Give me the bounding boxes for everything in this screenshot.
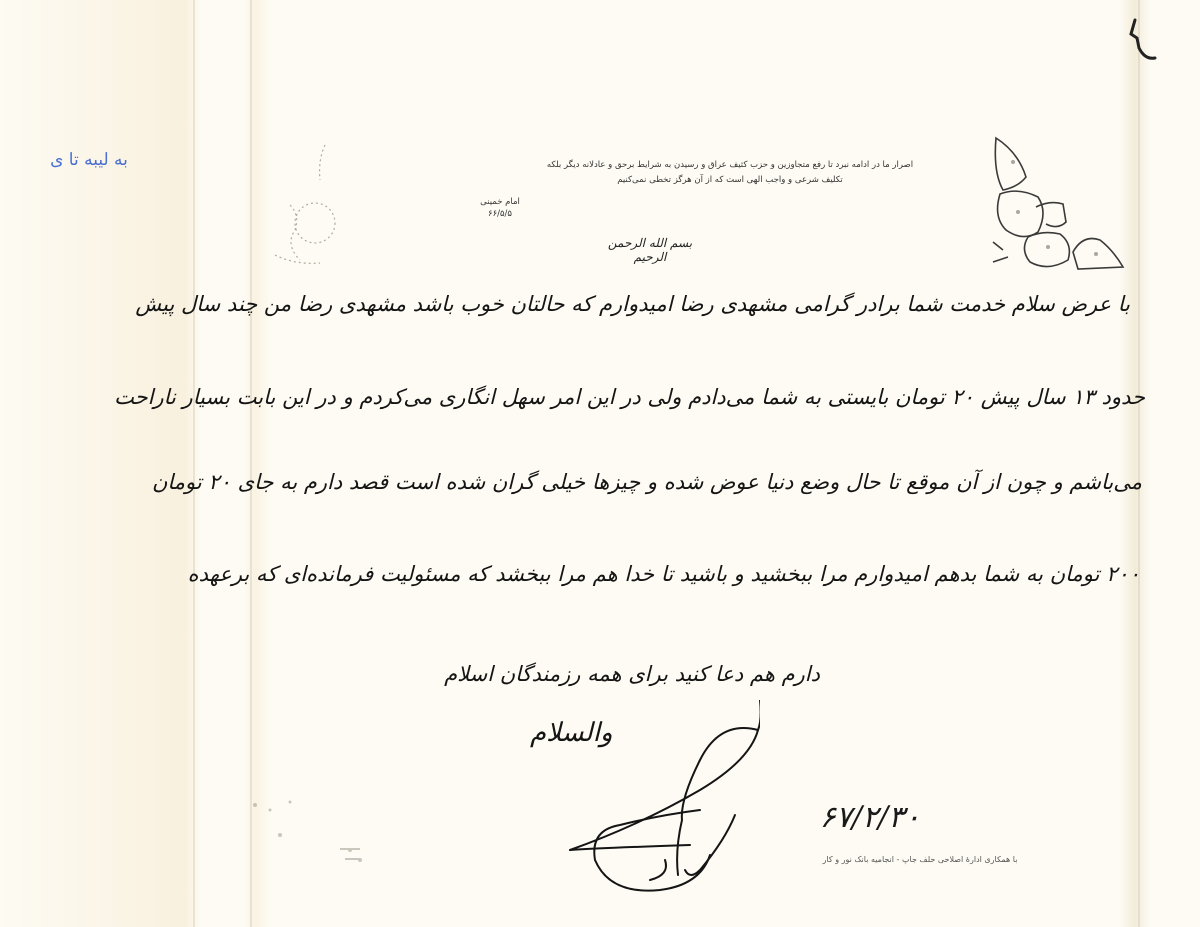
faded-ornament-icon bbox=[270, 135, 340, 279]
floral-ornament-icon bbox=[988, 132, 1133, 276]
letter-date: ۶۷/۲/۳۰ bbox=[800, 800, 940, 835]
faded-stamp-icon bbox=[230, 790, 380, 894]
fold-line bbox=[193, 0, 195, 927]
bismillah: بسم الله الرحمن الرحیم bbox=[590, 236, 710, 264]
footer-print: با همکاری ادارهٔ اصلاحی حلف جاپ - انجامی… bbox=[795, 855, 1045, 864]
ink-mark-icon bbox=[1125, 10, 1165, 74]
letter-line: دارم هم دعا کنید برای همه رزمندگان اسلام bbox=[220, 662, 820, 686]
header-quote: اصرار ما در ادامه نبرد تا رفع متجاوزین و… bbox=[540, 158, 920, 188]
attribution-date: ۶۶/۵/۵ bbox=[470, 208, 530, 220]
quote-attribution: امام خمینی ۶۶/۵/۵ bbox=[470, 196, 530, 220]
letter-line: می‌باشم و چون از آن موقع تا حال وضع دنیا… bbox=[182, 470, 1142, 494]
letter-line: با عرض سلام خدمت شما برادر گرامی مشهدی ر… bbox=[170, 292, 1130, 316]
fold-line bbox=[250, 0, 252, 927]
letter-line: ۲۰۰ تومان به شما بدهم امیدوارم مرا ببخشی… bbox=[180, 562, 1140, 586]
letter-line: حدود ۱۳ سال پیش ۲۰ تومان بایستی به شما م… bbox=[185, 385, 1145, 409]
attribution-name: امام خمینی bbox=[470, 196, 530, 208]
margin-note: به لیبه تا ی bbox=[14, 150, 164, 170]
signature-icon bbox=[500, 700, 760, 914]
fold-line bbox=[1138, 0, 1140, 927]
